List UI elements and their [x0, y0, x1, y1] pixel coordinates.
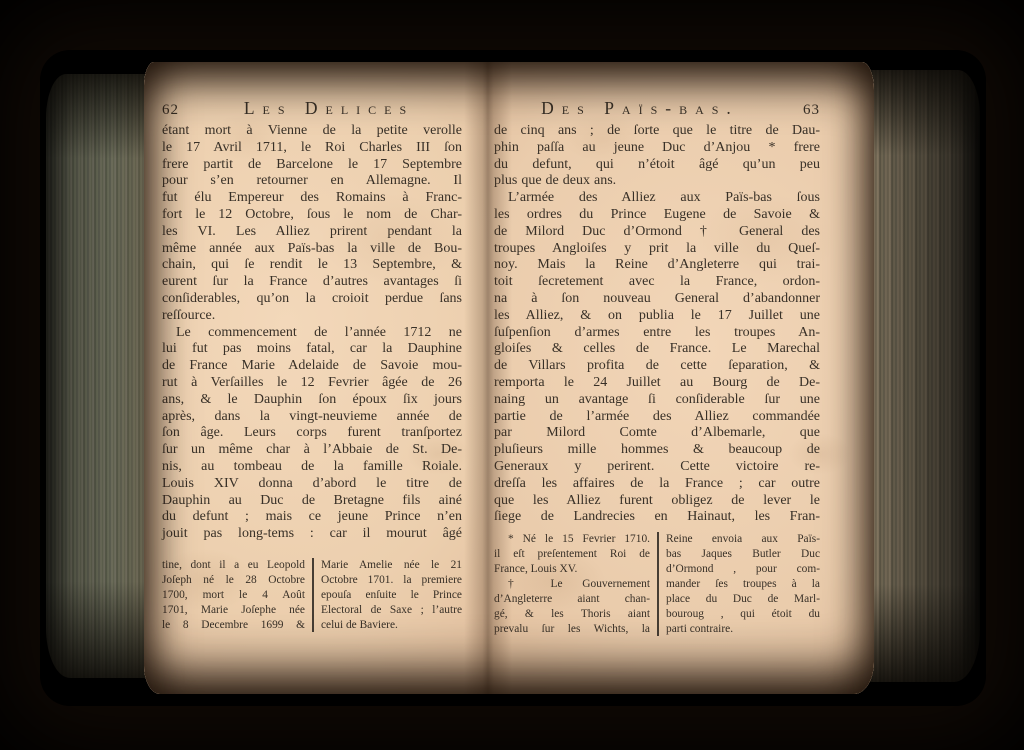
text-line: partie de l’armée des Alliez commandée — [494, 409, 820, 426]
text-line: les VI. Les Alliez prirent pendant la — [162, 224, 462, 241]
text-line: le 17 Avril 1711, le Roi Charles III ſon — [162, 140, 462, 157]
text-line: de Villars profita de cette ſeparation, … — [494, 358, 820, 375]
text-line: fut élu Empereur des Romains à Franc- — [162, 190, 462, 207]
text-line: bouroug , qui étoit du — [666, 607, 820, 622]
paragraph: † Le Gouvernementd’Angleterre aiant chan… — [494, 577, 650, 637]
text-line: L’armée des Alliez aux Païs-bas ſous — [494, 190, 820, 207]
text-line: toit ſecretement avec la France, ordon- — [494, 274, 820, 291]
footnote-column-1: tine, dont il a eu LeopoldJoſeph né le 2… — [162, 558, 312, 633]
text-line: place du Duc de Marl- — [666, 592, 820, 607]
text-line: Octobre 1701. la premiere — [321, 573, 462, 588]
text-line: noy. Mais la Reine d’Angleterre qui trai… — [494, 257, 820, 274]
footnote-column-2: Reine envoia aux Païs-bas Jaques Butler … — [657, 532, 820, 636]
text-line: ſon âge. Leurs corps furent tranſportez — [162, 425, 462, 442]
text-line: frere partit de Barcelone le 17 Septembr… — [162, 157, 462, 174]
paragraph: étant mort à Vienne de la petite verolle… — [162, 123, 462, 325]
text-line: phin paſſa au jeune Duc d’Anjou * frere — [494, 140, 820, 157]
text-line: Marie Amelie née le 21 — [321, 558, 462, 573]
text-line: le 8 Decembre 1699 & — [162, 618, 305, 633]
text-line: plus que de deux ans. — [494, 173, 820, 190]
text-line: ſuſpenſion d’armes entre les troupes An- — [494, 325, 820, 342]
text-line: parti contraire. — [666, 622, 820, 637]
text-line: Joſeph né le 28 Octobre — [162, 573, 305, 588]
text-line: dreſſa les affaires de la France ; car o… — [494, 476, 820, 493]
text-line: chain, qui ſe rendit le 13 Septembre, & — [162, 257, 462, 274]
text-line: 1700, mort le 4 Août — [162, 588, 305, 603]
text-line: bas Jaques Butler Duc — [666, 547, 820, 562]
text-line: du defunt ; mais ce jeune Prince n’en — [162, 509, 462, 526]
text-line: de Milord Duc d’Ormond † General des — [494, 224, 820, 241]
page-spread: 62 Les Delices étant mort à Vienne de la… — [144, 62, 874, 694]
text-line: Generaux y perirent. Cette victoire re- — [494, 459, 820, 476]
open-book: 62 Les Delices étant mort à Vienne de la… — [40, 50, 986, 706]
text-line: ſur un même char à l’Abbaie de St. De- — [162, 442, 462, 459]
text-line: gloiſes & celles de France. Le Marechal — [494, 341, 820, 358]
text-line: pour s’en retourner en Allemagne. Il — [162, 173, 462, 190]
paragraph: Le commencement de l’année 1712 nelui fu… — [162, 325, 462, 543]
text-line: Dauphin au Duc de Bretagne fils ainé — [162, 493, 462, 510]
text-line: Electoral de Saxe ; l’autre — [321, 603, 462, 618]
text-line: étant mort à Vienne de la petite verolle — [162, 123, 462, 140]
text-line: troupes Angloiſes y prit la ville du Que… — [494, 241, 820, 258]
fore-edge-left — [46, 74, 160, 678]
running-title-right: Des Païs-bas. — [494, 98, 786, 119]
text-line: fort le 12 Octobre, ſous le nom de Char- — [162, 207, 462, 224]
text-line: pluſieurs mille hommes & beaucoup de — [494, 442, 820, 459]
text-line: de France Marie Adelaide de Savoie mou- — [162, 358, 462, 375]
text-line: Reine envoia aux Païs- — [666, 532, 820, 547]
text-line: celui de Baviere. — [321, 618, 462, 633]
text-line: gé, & les Thoris aiant — [494, 607, 650, 622]
paragraph: de cinq ans ; de ſorte que le titre de D… — [494, 123, 820, 190]
text-line: les ordres du Prince Eugene de Savoie & — [494, 207, 820, 224]
running-title-left: Les Delices — [196, 98, 462, 119]
text-line: † Le Gouvernement — [494, 577, 650, 592]
paragraph: tine, dont il a eu LeopoldJoſeph né le 2… — [162, 558, 305, 633]
text-line: lui fut pas moins fatal, car la Dauphine — [162, 341, 462, 358]
right-page: Des Païs-bas. 63 de cinq ans ; de ſorte … — [486, 62, 874, 694]
text-line: ans, & le Dauphin ſon époux ſix jours — [162, 392, 462, 409]
right-page-header: Des Païs-bas. 63 — [494, 98, 820, 119]
left-page-body-text: étant mort à Vienne de la petite verolle… — [162, 123, 462, 543]
footnote-column-1: * Né le 15 Fevrier 1710.il eſt preſentem… — [494, 532, 657, 636]
paragraph: * Né le 15 Fevrier 1710.il eſt preſentem… — [494, 532, 650, 577]
page-number-left: 62 — [162, 102, 196, 119]
paragraph: L’armée des Alliez aux Païs-bas ſousles … — [494, 190, 820, 526]
text-line: par Milord Comte d’Albemarle, que — [494, 425, 820, 442]
text-line: prevalu ſur les Wichts, la — [494, 622, 650, 637]
paragraph: Marie Amelie née le 21Octobre 1701. la p… — [321, 558, 462, 633]
right-page-footnote: * Né le 15 Fevrier 1710.il eſt preſentem… — [494, 532, 820, 636]
text-line: epouſa enſuite le Prince — [321, 588, 462, 603]
text-line: ſiege de Landrecies en Hainaut, les Fran… — [494, 509, 820, 526]
text-line: après, dans la vingt-neuvieme année de — [162, 409, 462, 426]
text-line: il eſt preſentement Roi de — [494, 547, 650, 562]
text-line: na à ſon nouveau General d’abandonner — [494, 291, 820, 308]
text-line: jouit pas long-tems : car il mourut âgé — [162, 526, 462, 543]
text-line: les Alliez, & on publia le 17 Juillet un… — [494, 308, 820, 325]
text-line: naing un avantage ſi conſiderable ſur un… — [494, 392, 820, 409]
footnote-column-2: Marie Amelie née le 21Octobre 1701. la p… — [312, 558, 462, 633]
left-page: 62 Les Delices étant mort à Vienne de la… — [144, 62, 486, 694]
left-page-header: 62 Les Delices — [162, 98, 462, 119]
page-number-right: 63 — [786, 102, 820, 119]
text-line: tine, dont il a eu Leopold — [162, 558, 305, 573]
fore-edge-right — [862, 70, 980, 682]
text-line: mander ſes troupes à la — [666, 577, 820, 592]
text-line: d’Ormond , pour com- — [666, 562, 820, 577]
text-line: Louis XIV donna d’abord le titre de — [162, 476, 462, 493]
text-line: du defunt, qui n’étoit âgé qu’un peu — [494, 157, 820, 174]
text-line: eurent ſur la France d’autres avantages … — [162, 274, 462, 291]
text-line: que les Alliez furent obligez de lever l… — [494, 493, 820, 510]
text-line: nis, au tombeau de la famille Roiale. — [162, 459, 462, 476]
text-line: Le commencement de l’année 1712 ne — [162, 325, 462, 342]
text-line: reſſource. — [162, 308, 462, 325]
text-line: * Né le 15 Fevrier 1710. — [494, 532, 650, 547]
text-line: France, Louis XV. — [494, 562, 650, 577]
text-line: rut à Verſailles le 12 Fevrier âgée de 2… — [162, 375, 462, 392]
text-line: 1701, Marie Joſephe née — [162, 603, 305, 618]
paragraph: Reine envoia aux Païs-bas Jaques Butler … — [666, 532, 820, 636]
text-line: remporta le 24 Juillet au Bourg de De- — [494, 375, 820, 392]
text-line: d’Angleterre aiant chan- — [494, 592, 650, 607]
left-page-footnote: tine, dont il a eu LeopoldJoſeph né le 2… — [162, 558, 462, 633]
text-line: même année aux Païs-bas la ville de Bou- — [162, 241, 462, 258]
right-page-body-text: de cinq ans ; de ſorte que le titre de D… — [494, 123, 820, 526]
text-line: de cinq ans ; de ſorte que le titre de D… — [494, 123, 820, 140]
text-line: conſiderables, qu’on la croioit perdue ſ… — [162, 291, 462, 308]
